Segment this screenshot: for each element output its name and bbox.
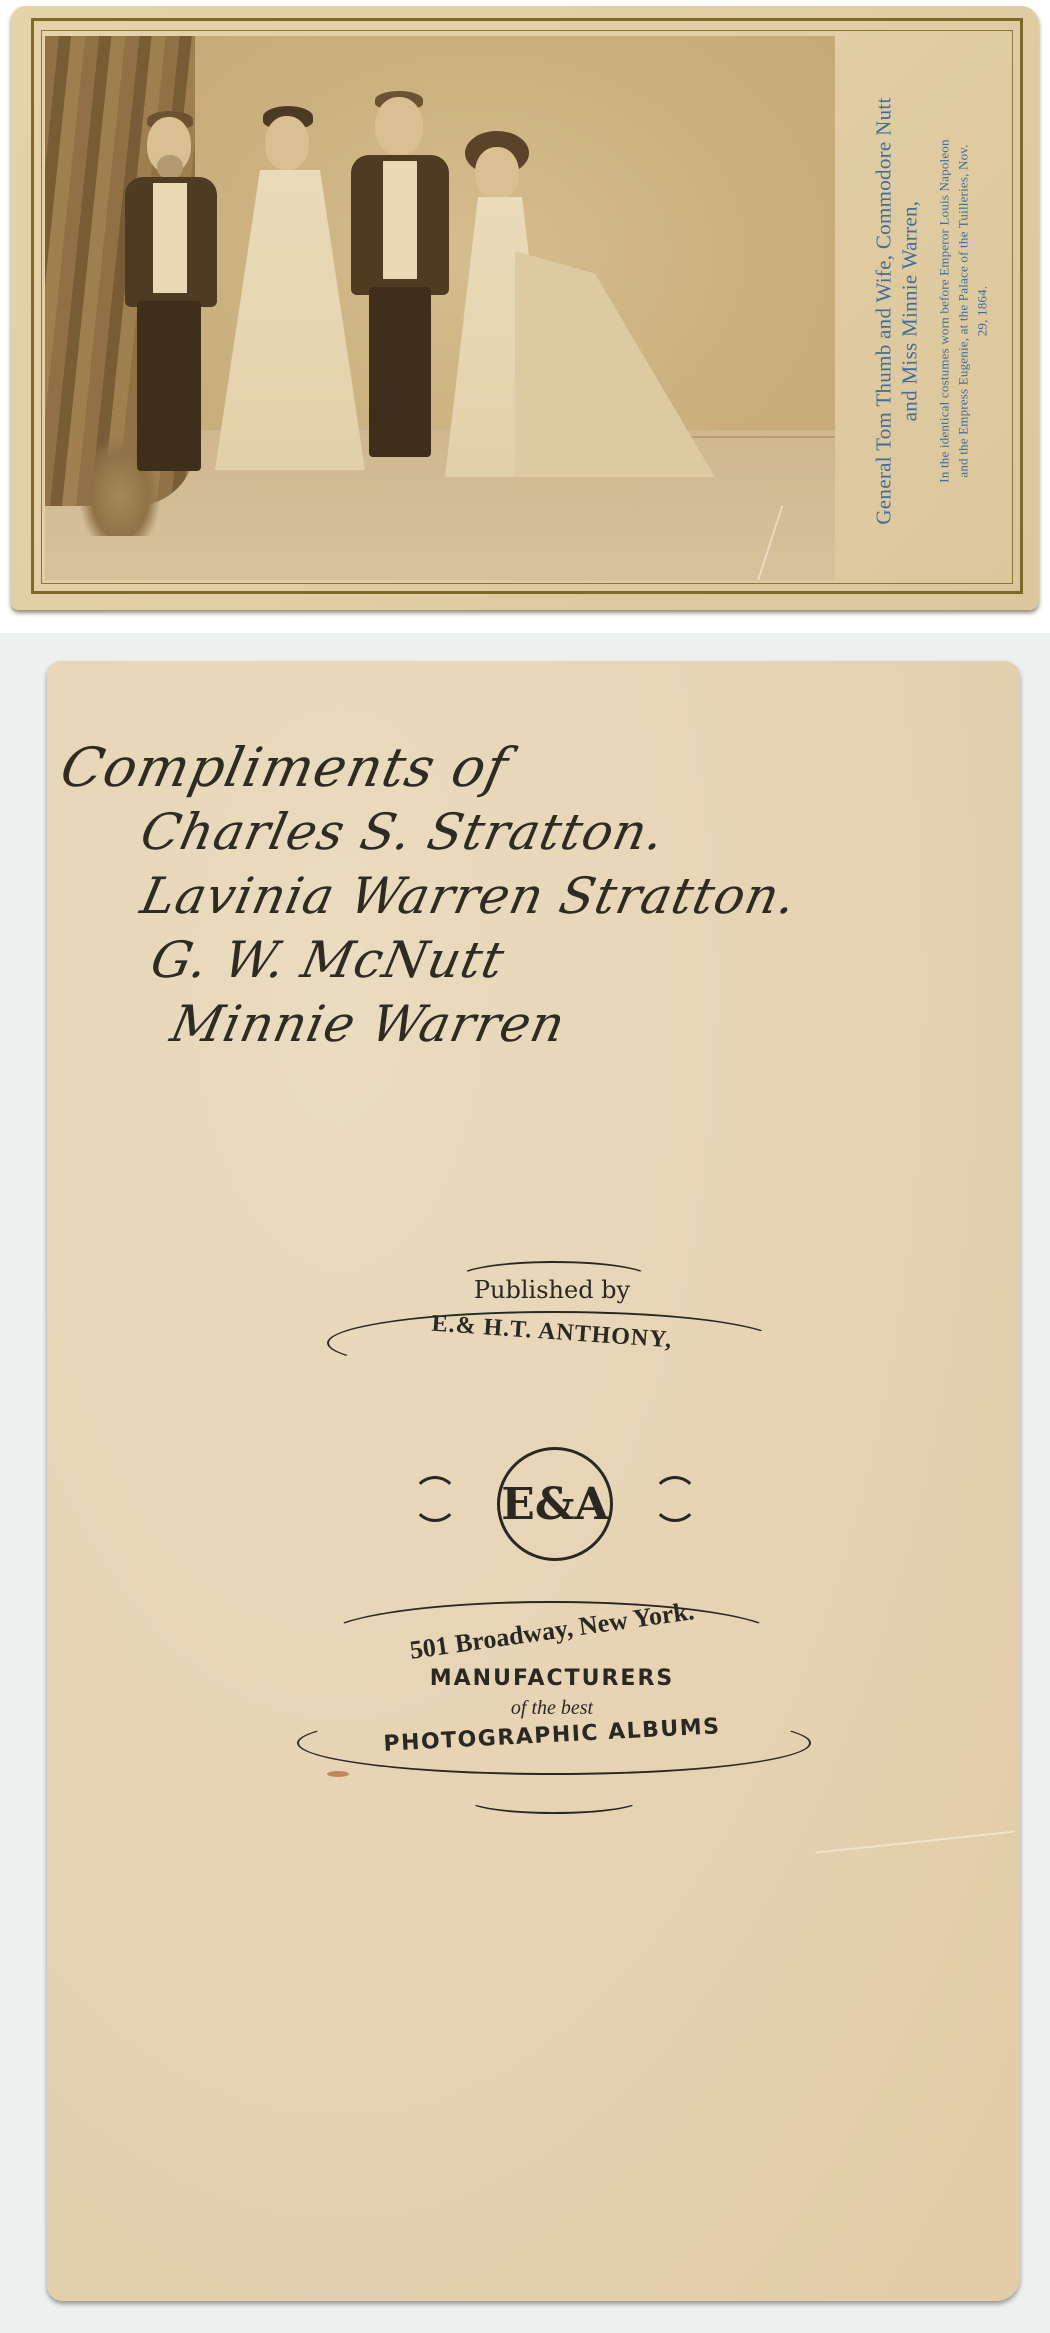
card-back: Compliments of Charles S. Stratton. Lavi… [47, 661, 1020, 2301]
card-front: General Tom Thumb and Wife, Commodore Nu… [11, 6, 1039, 610]
figure-lavinia-warren [215, 106, 365, 546]
flourish-bottom [467, 1786, 641, 1814]
ornament-scroll-right [652, 1476, 698, 1522]
rust-stain [327, 1771, 349, 1777]
card-crease [815, 1831, 1018, 1894]
inscription-line: Charles S. Stratton. [135, 800, 969, 864]
monogram: E&A [497, 1447, 613, 1561]
inscription-line: Minnie Warren [165, 992, 969, 1056]
figure-tom-thumb [115, 111, 225, 531]
printed-caption: General Tom Thumb and Wife, Commodore Nu… [841, 36, 1021, 586]
imprint-published-by: Published by [317, 1276, 787, 1304]
inscription-line: Compliments of [55, 736, 969, 800]
inscription-line: G. W. McNutt [145, 928, 969, 992]
caption-detail: In the identical costumes worn before Em… [935, 41, 992, 581]
imprint-manufacturers: MANUFACTURERS [317, 1666, 787, 1691]
figure-commodore-nutt [345, 91, 455, 531]
ornament-scroll-left [412, 1476, 458, 1522]
albumen-photograph [45, 36, 835, 580]
figure-minnie-warren [445, 131, 745, 551]
handwritten-inscription: Compliments of Charles S. Stratton. Lavi… [62, 736, 962, 1056]
inscription-line: Lavinia Warren Stratton. [135, 864, 969, 928]
monogram-medallion: E&A [457, 1411, 647, 1591]
photographer-imprint: Published by E.& H.T. ANTHONY, E&A 501 B… [317, 1261, 787, 1821]
caption-title: General Tom Thumb and Wife, Commodore Nu… [871, 41, 923, 581]
